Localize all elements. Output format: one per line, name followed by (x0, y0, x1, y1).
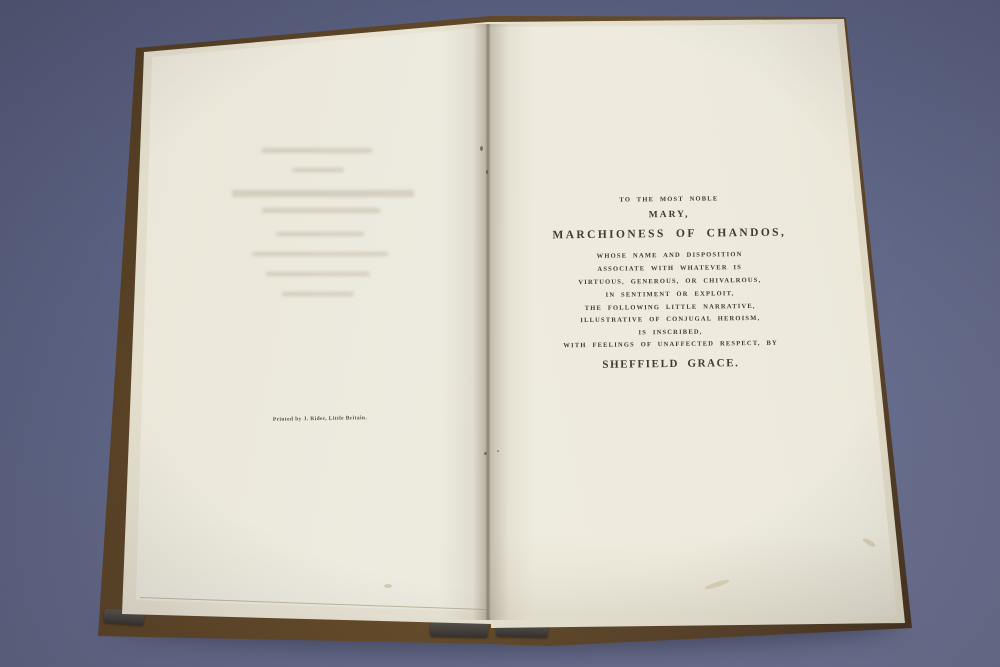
gutter-speck (480, 146, 483, 151)
dedication-line: ILLUSTRATIVE OF CONJUGAL HEROISM, (545, 314, 795, 325)
dedication-line: TO THE MOST NOBLE (544, 194, 794, 205)
show-through-text (292, 168, 344, 172)
show-through-text (266, 272, 370, 276)
book-gutter-shadow (441, 24, 535, 620)
photo-scene: TO THE MOST NOBLE MARY, MARCHIONESS OF C… (0, 0, 1000, 667)
show-through-text (262, 208, 380, 213)
gutter-speck (484, 452, 487, 455)
dedication-line: VIRTUOUS, GENEROUS, OR CHIVALROUS, (545, 276, 795, 287)
dedication-line: IN SENTIMENT OR EXPLOIT, (545, 289, 795, 300)
dedication-line-marchioness: MARCHIONESS OF CHANDOS, (544, 226, 794, 242)
show-through-text (262, 148, 372, 153)
dedication-line-author: SHEFFIELD GRACE. (546, 356, 796, 372)
dedication-line: THE FOLLOWING LITTLE NARRATIVE, (545, 302, 795, 313)
show-through-text (282, 292, 354, 296)
show-through-text (252, 252, 388, 256)
dedication-line: ASSOCIATE WITH WHATEVER IS (545, 263, 795, 274)
dedication-line: WITH FEELINGS OF UNAFFECTED RESPECT, BY (546, 339, 796, 350)
show-through-text (232, 190, 414, 197)
gutter-speck (497, 450, 499, 452)
dedication-line-mary: MARY, (544, 208, 794, 222)
dedication-text-block: TO THE MOST NOBLE MARY, MARCHIONESS OF C… (544, 188, 796, 391)
foxing-spot (384, 584, 392, 588)
dedication-line: WHOSE NAME AND DISPOSITION (545, 250, 795, 261)
show-through-text (276, 232, 364, 236)
gutter-speck (486, 170, 488, 174)
dedication-line: IS INSCRIBED, (545, 327, 795, 338)
